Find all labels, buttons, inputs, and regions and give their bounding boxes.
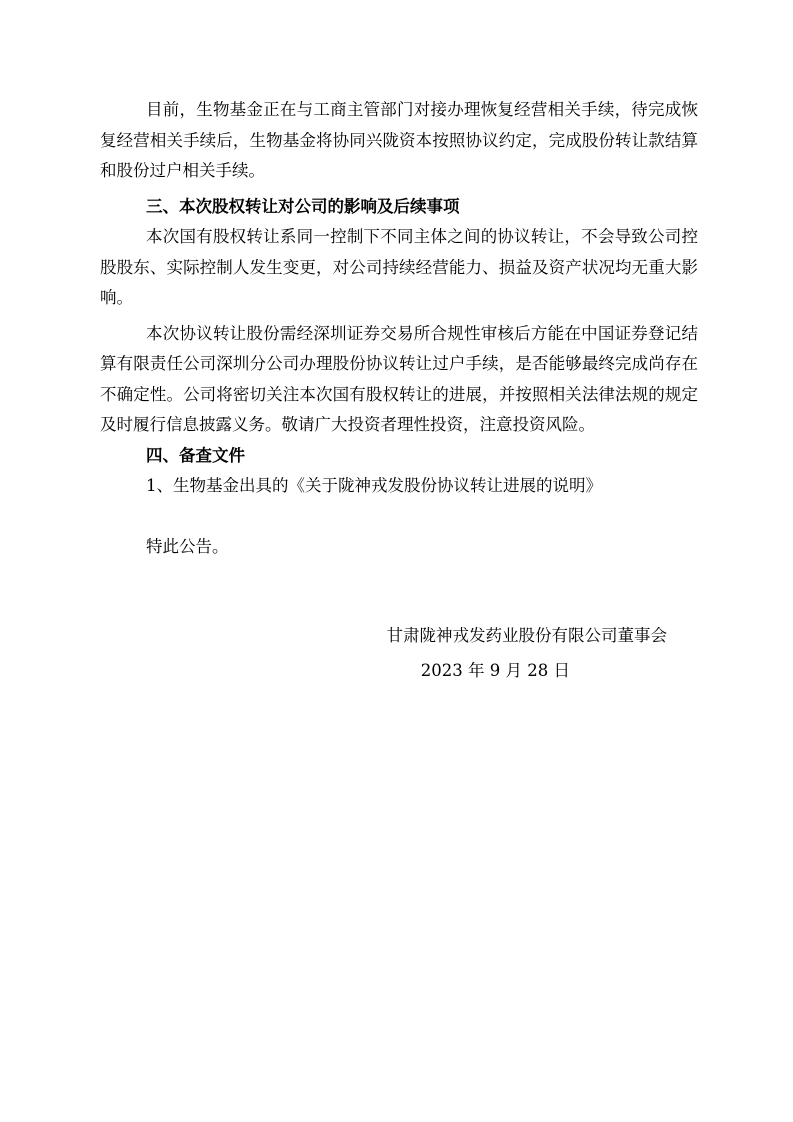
announcement-date: 2023 年 9 月 28 日 — [100, 656, 698, 687]
document-content: 目前，生物基金正在与工商主管部门对接办理恢复经营相关手续，待完成恢复经营相关手续… — [100, 95, 698, 686]
reference-document-item: 1、生物基金出具的《关于陇神戎发股份协议转让进展的说明》 — [100, 471, 698, 502]
closing-statement: 特此公告。 — [100, 532, 698, 563]
section-3-heading: 三、本次股权转让对公司的影响及后续事项 — [100, 192, 698, 223]
section-4-heading: 四、备查文件 — [100, 441, 698, 472]
paragraph-progress-status: 目前，生物基金正在与工商主管部门对接办理恢复经营相关手续，待完成恢复经营相关手续… — [100, 95, 698, 187]
paragraph-impact: 本次国有股权转让系同一控制下不同主体之间的协议转让，不会导致公司控股股东、实际控… — [100, 222, 698, 314]
document-page: 目前，生物基金正在与工商主管部门对接办理恢复经营相关手续，待完成恢复经营相关手续… — [0, 0, 793, 1122]
paragraph-risk-notice: 本次协议转让股份需经深圳证券交易所合规性审核后方能在中国证券登记结算有限责任公司… — [100, 319, 698, 441]
signature-company-board: 甘肃陇神戎发药业股份有限公司董事会 — [100, 621, 698, 652]
